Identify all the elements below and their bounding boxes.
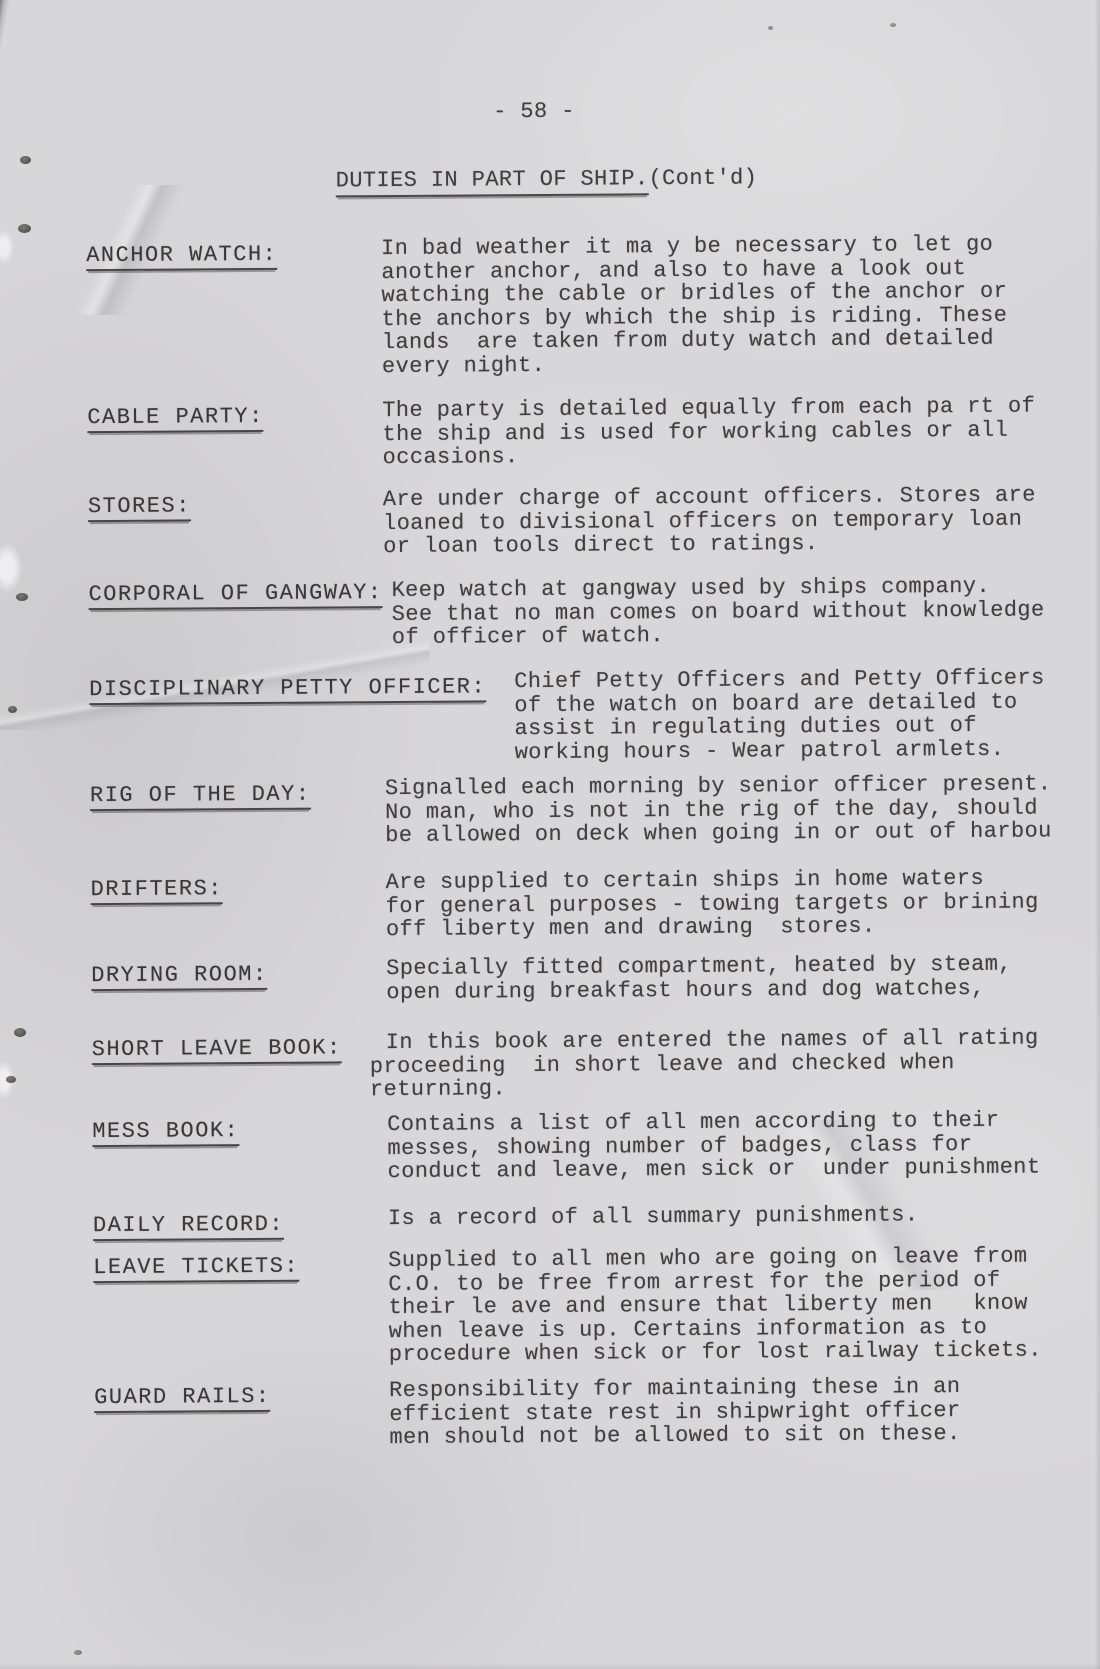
entry-short-leave-book: SHORT LEAVE BOOK: In this book are enter… (2, 1026, 1100, 1104)
document-title: DUTIES IN PART OF SHIP.(Cont'd) (336, 166, 758, 192)
entry-text: Are supplied to certain ships in home wa… (385, 866, 1100, 941)
entry-disciplinary-petty-officer: DISCIPLINARY PETTY OFFICER: Chief Petty … (0, 666, 1100, 768)
entry-term: LEAVE TICKETS: (93, 1255, 299, 1283)
entry-term: GUARD RAILS: (94, 1385, 271, 1413)
entry-term: SHORT LEAVE BOOK: (92, 1036, 342, 1064)
entry-term: DRIFTERS: (91, 877, 224, 904)
entry-cable-party: CABLE PARTY: The party is detailed equal… (0, 394, 1098, 472)
entry-guard-rails: GUARD RAILS: Responsibility for maintain… (4, 1374, 1100, 1452)
entry-text: Is a record of all summary punishments. (388, 1202, 1100, 1230)
entry-term: CABLE PARTY: (87, 405, 264, 433)
entry-text: Supplied to all men who are going on lea… (388, 1244, 1100, 1366)
typewritten-content: - 58 - DUTIES IN PART OF SHIP.(Cont'd) A… (0, 0, 1100, 1669)
entry-leave-tickets: LEAVE TICKETS: Supplied to all men who a… (3, 1244, 1100, 1369)
document-page: - 58 - DUTIES IN PART OF SHIP.(Cont'd) A… (0, 0, 1100, 1669)
entry-text: Are under charge of account officers. St… (383, 483, 1098, 558)
entry-text: Chief Petty Officers and Petty Officers … (514, 666, 1100, 764)
entry-anchor-watch: ANCHOR WATCH: In bad weather it ma y be … (0, 232, 1097, 381)
entry-term: RIG OF THE DAY: (90, 783, 311, 811)
page-number: - 58 - (493, 100, 575, 124)
entry-term: DRYING ROOM: (91, 963, 268, 991)
entry-term: DAILY RECORD: (93, 1213, 284, 1241)
entry-stores: STORES: Are under charge of account offi… (0, 483, 1098, 561)
entry-term: STORES: (88, 494, 191, 521)
entry-drying-room: DRYING ROOM: Specially fitted compartmen… (1, 952, 1100, 1007)
entry-term: CORPORAL OF GANGWAY: (88, 581, 382, 610)
entry-text: Contains a list of all men according to … (387, 1108, 1100, 1183)
entry-corporal-of-gangway: CORPORAL OF GANGWAY: Keep watch at gangw… (0, 574, 1099, 652)
document-title-suffix: (Cont'd) (648, 165, 757, 191)
entry-text: Specially fitted compartment, heated by … (386, 952, 1100, 1004)
entry-term: DISCIPLINARY PETTY OFFICER: (89, 675, 486, 704)
entry-text: Keep watch at gangway used by ships comp… (391, 574, 1098, 649)
entry-text: In bad weather it ma y be necessary to l… (381, 232, 1097, 378)
entry-text: In this book are entered the names of al… (370, 1026, 1100, 1102)
entry-term: MESS BOOK: (92, 1119, 239, 1147)
entry-drifters: DRIFTERS: Are supplied to certain ships … (1, 866, 1100, 944)
entry-mess-book: MESS BOOK: Contains a list of all men ac… (2, 1108, 1100, 1186)
document-title-text: DUTIES IN PART OF SHIP. (336, 166, 649, 197)
entry-text: Responsibility for maintaining these in … (389, 1374, 1100, 1449)
entry-text: Signalled each morning by senior officer… (385, 772, 1100, 847)
entry-rig-of-the-day: RIG OF THE DAY: Signalled each morning b… (0, 772, 1100, 850)
entry-daily-record: DAILY RECORD: Is a record of all summary… (3, 1202, 1100, 1233)
entry-term: ANCHOR WATCH: (86, 243, 277, 271)
entry-text: The party is detailed equally from each … (382, 394, 1097, 469)
